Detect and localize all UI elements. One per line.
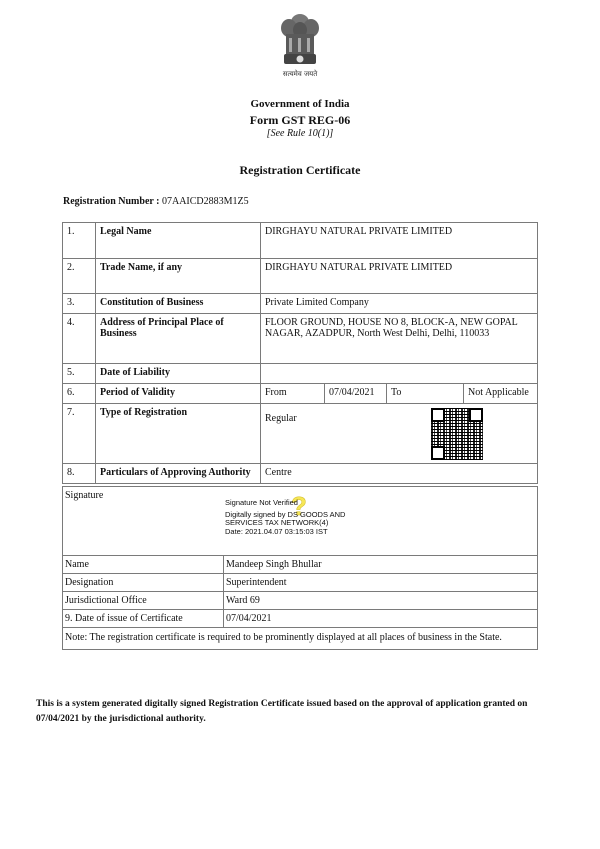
officer-value: Mandeep Singh Bhullar: [224, 556, 538, 574]
page-title: Registration Certificate: [0, 163, 600, 178]
officer-label: Designation: [63, 574, 224, 592]
row-value: FLOOR GROUND, HOUSE NO 8, BLOCK-A, NEW G…: [261, 314, 538, 364]
signature-status: Signature Not Verified: [225, 499, 345, 508]
signature-date: Date: 2021.04.07 03:15:03 IST: [225, 528, 345, 537]
row-number: 3.: [63, 294, 96, 314]
table-row: 7. Type of Registration Regular: [63, 404, 538, 464]
table-row: 4. Address of Principal Place of Busines…: [63, 314, 538, 364]
officer-value: Superintendent: [224, 574, 538, 592]
registration-number: Registration Number : 07AAICD2883M1Z5: [63, 196, 249, 207]
emblem-motto: सत्यमेव जयते: [270, 70, 330, 79]
row-number: 1.: [63, 223, 96, 259]
table-row: 3. Constitution of Business Private Limi…: [63, 294, 538, 314]
officer-value: Ward 69: [224, 592, 538, 610]
footer-statement: This is a system generated digitally sig…: [36, 697, 566, 727]
registration-details-table: 1. Legal Name DIRGHAYU NATURAL PRIVATE L…: [62, 222, 538, 484]
row-value-cell: Regular: [261, 404, 538, 464]
row-label: Address of Principal Place of Business: [96, 314, 261, 364]
row-value: DIRGHAYU NATURAL PRIVATE LIMITED: [261, 259, 538, 294]
row-value: Regular: [265, 407, 533, 424]
signature-label: Signature: [65, 490, 103, 501]
qr-code-icon: [431, 408, 483, 460]
table-row: 2. Trade Name, if any DIRGHAYU NATURAL P…: [63, 259, 538, 294]
row-value: [261, 364, 538, 384]
registration-number-value: 07AAICD2883M1Z5: [162, 196, 249, 207]
row-label: Type of Registration: [96, 404, 261, 464]
table-row: 9. Date of issue of Certificate 07/04/20…: [63, 610, 538, 628]
officer-label: 9. Date of issue of Certificate: [63, 610, 224, 628]
row-number: 8.: [63, 464, 96, 484]
rule-reference: [See Rule 10(1)]: [0, 128, 600, 139]
validity-to-value: Not Applicable: [464, 384, 538, 404]
table-row: 8. Particulars of Approving Authority Ce…: [63, 464, 538, 484]
officer-value: 07/04/2021: [224, 610, 538, 628]
row-label: Date of Liability: [96, 364, 261, 384]
officer-label: Name: [63, 556, 224, 574]
validity-from-value: 07/04/2021: [325, 384, 387, 404]
emblem-graphic: [272, 8, 328, 70]
row-label: Particulars of Approving Authority: [96, 464, 261, 484]
row-label: Trade Name, if any: [96, 259, 261, 294]
row-number: 7.: [63, 404, 96, 464]
note-text: Note: The registration certificate is re…: [63, 628, 538, 650]
signature-row: Signature ? Signature Not Verified Digit…: [63, 487, 538, 556]
table-row: Designation Superintendent: [63, 574, 538, 592]
validity-from-label: From: [261, 384, 325, 404]
table-row: Name Mandeep Singh Bhullar: [63, 556, 538, 574]
note-row: Note: The registration certificate is re…: [63, 628, 538, 650]
signatory-table: Signature ? Signature Not Verified Digit…: [62, 486, 538, 650]
table-row: Jurisdictional Office Ward 69: [63, 592, 538, 610]
form-heading: Form GST REG-06: [0, 113, 600, 128]
row-number: 6.: [63, 384, 96, 404]
row-value: Private Limited Company: [261, 294, 538, 314]
signature-cell: Signature ? Signature Not Verified Digit…: [63, 487, 538, 556]
row-value: Centre: [261, 464, 538, 484]
registration-number-label: Registration Number :: [63, 196, 159, 207]
row-label: Period of Validity: [96, 384, 261, 404]
table-row: 5. Date of Liability: [63, 364, 538, 384]
table-row: 1. Legal Name DIRGHAYU NATURAL PRIVATE L…: [63, 223, 538, 259]
government-heading: Government of India: [0, 98, 600, 110]
officer-label: Jurisdictional Office: [63, 592, 224, 610]
row-value: DIRGHAYU NATURAL PRIVATE LIMITED: [261, 223, 538, 259]
row-label: Legal Name: [96, 223, 261, 259]
row-label: Constitution of Business: [96, 294, 261, 314]
table-row: 6. Period of Validity From 07/04/2021 To…: [63, 384, 538, 404]
row-number: 2.: [63, 259, 96, 294]
validity-to-label: To: [387, 384, 464, 404]
digital-signature-block: Signature Not Verified Digitally signed …: [225, 499, 345, 536]
row-number: 4.: [63, 314, 96, 364]
row-number: 5.: [63, 364, 96, 384]
